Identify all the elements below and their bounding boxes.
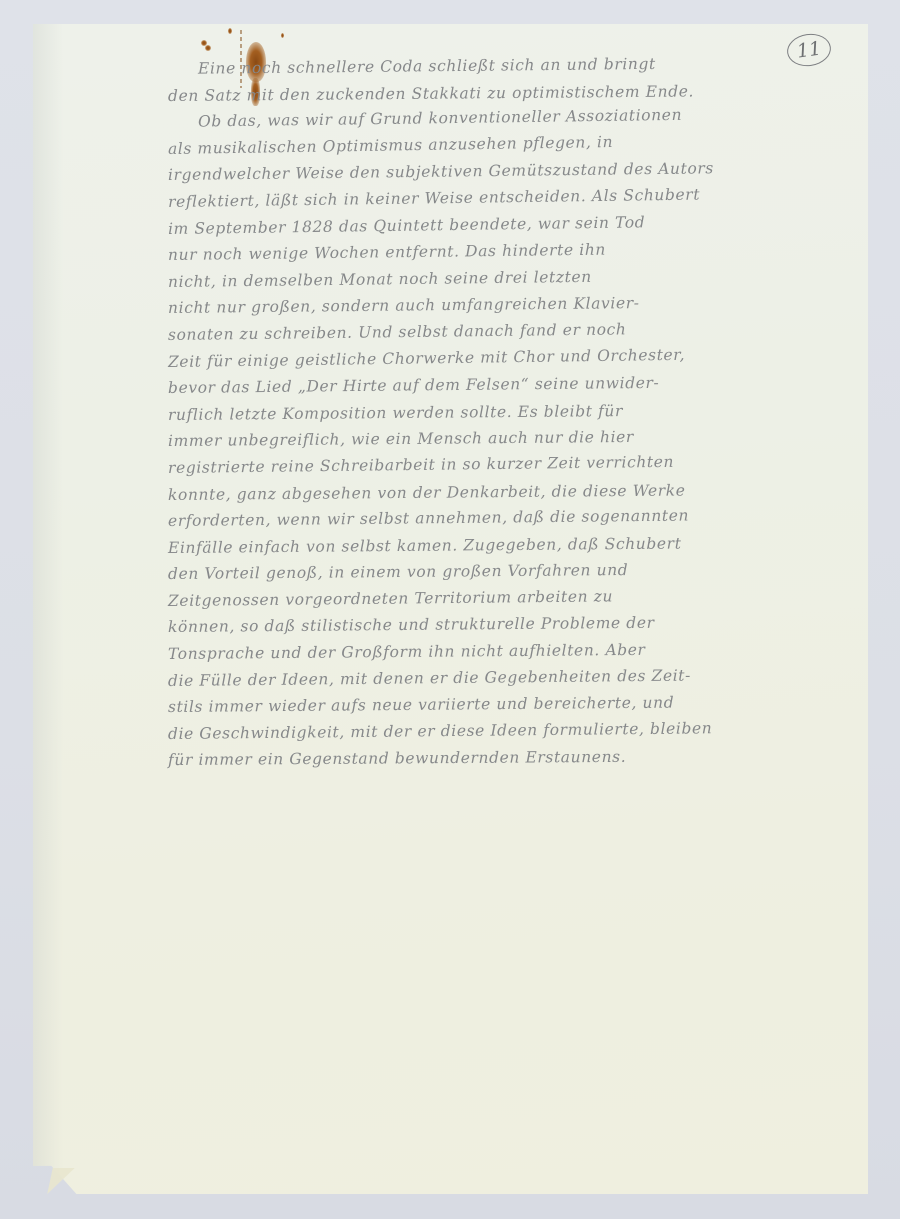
ink-spot [228, 28, 232, 34]
ink-spot [281, 33, 284, 38]
page-edge-shadow [33, 24, 63, 1194]
ink-spot [205, 45, 211, 51]
text-line: für immer ein Gegenstand bewundernden Er… [168, 743, 808, 774]
handwritten-text-block: Eine noch schnellere Coda schließt sich … [168, 56, 808, 774]
